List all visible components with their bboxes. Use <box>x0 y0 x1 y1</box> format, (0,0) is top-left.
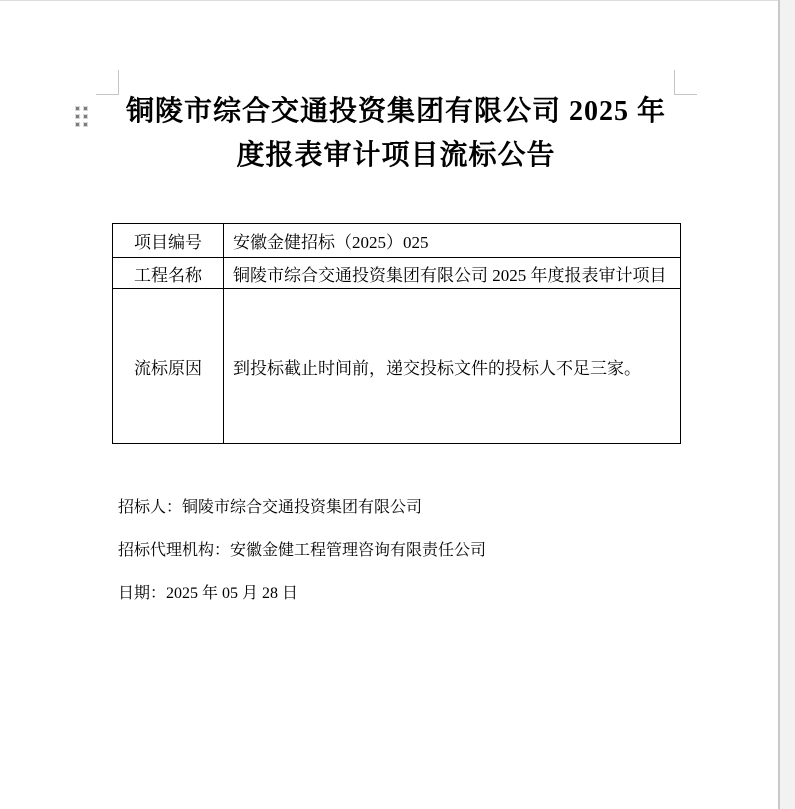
table-row-project-number: 项目编号 安徽金健招标（2025）025 <box>113 224 681 258</box>
failure-reason-value: 到投标截止时间前，递交投标文件的投标人不足三家。 <box>224 289 681 444</box>
drag-handle-dot <box>76 123 79 126</box>
project-name-label: 工程名称 <box>113 258 224 289</box>
document-page: 铜陵市综合交通投资集团有限公司 2025 年 度报表审计项目流标公告 项目编号 … <box>0 0 795 809</box>
drag-handle-icon[interactable] <box>76 107 87 126</box>
page-title-line1: 铜陵市综合交通投资集团有限公司 2025 年 <box>96 90 696 134</box>
page-top-boundary <box>0 0 795 1</box>
drag-handle-dot <box>84 107 87 110</box>
project-number-label: 项目编号 <box>113 224 224 258</box>
project-number-value: 安徽金健招标（2025）025 <box>224 224 681 258</box>
page-title-line2: 度报表审计项目流标公告 <box>96 134 696 178</box>
page-right-boundary <box>778 0 795 809</box>
drag-handle-dot <box>84 115 87 118</box>
drag-handle-dot <box>76 115 79 118</box>
project-name-value: 铜陵市综合交通投资集团有限公司 2025 年度报表审计项目 <box>224 258 681 289</box>
date-line: 日期：2025 年 05 月 28 日 <box>118 582 486 606</box>
page-title: 铜陵市综合交通投资集团有限公司 2025 年 度报表审计项目流标公告 <box>96 90 696 178</box>
agency-line: 招标代理机构：安徽金健工程管理咨询有限责任公司 <box>118 539 486 563</box>
table-row-project-name: 工程名称 铜陵市综合交通投资集团有限公司 2025 年度报表审计项目 <box>113 258 681 289</box>
drag-handle-dot <box>84 123 87 126</box>
footer-info: 招标人：铜陵市综合交通投资集团有限公司 招标代理机构：安徽金健工程管理咨询有限责… <box>118 496 486 625</box>
table-row-failure-reason: 流标原因 到投标截止时间前，递交投标文件的投标人不足三家。 <box>113 289 681 444</box>
announcement-info-table: 项目编号 安徽金健招标（2025）025 工程名称 铜陵市综合交通投资集团有限公… <box>112 223 681 444</box>
drag-handle-dot <box>76 107 79 110</box>
bidder-line: 招标人：铜陵市综合交通投资集团有限公司 <box>118 496 486 520</box>
failure-reason-label: 流标原因 <box>113 289 224 444</box>
